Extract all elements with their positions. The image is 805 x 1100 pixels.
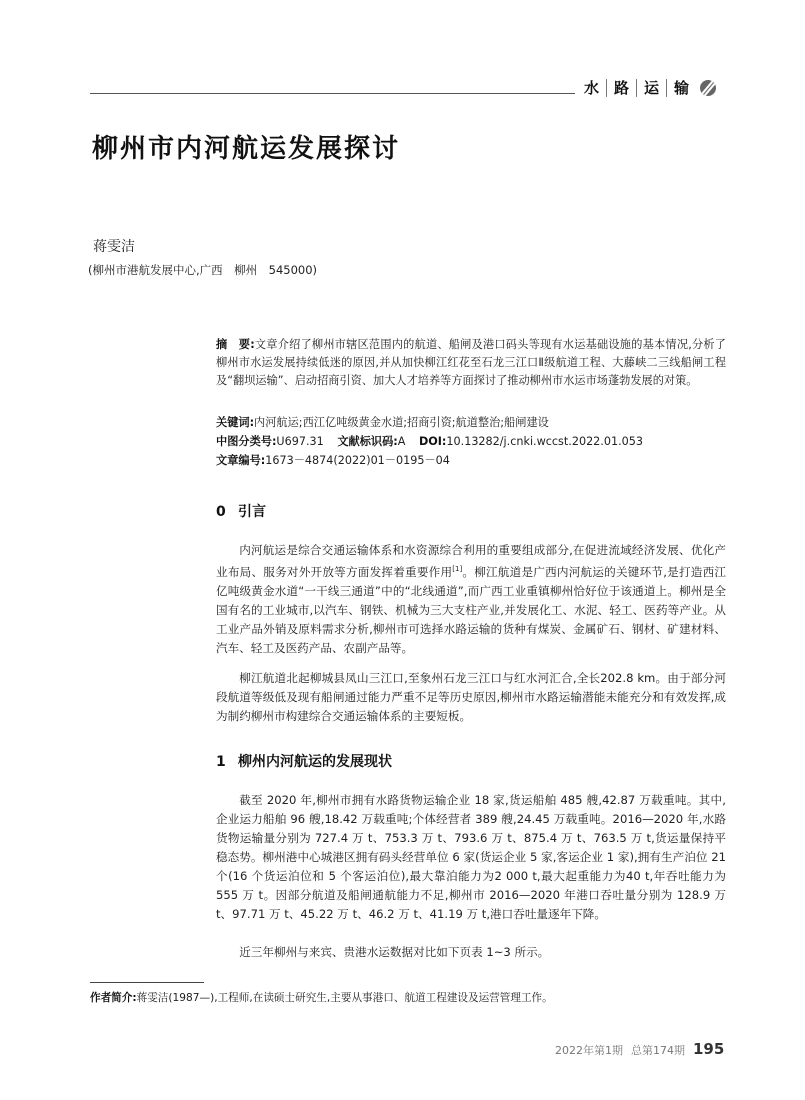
keywords-line: 关键词:内河航运;西江亿吨级黄金水道;招商引资;航道整治;船闸建设	[216, 414, 549, 430]
keywords-label: 关键词:	[216, 416, 254, 429]
keywords-text: 内河航运;西江亿吨级黄金水道;招商引资;航道整治;船闸建设	[254, 416, 549, 429]
header-rule	[90, 93, 575, 94]
journal-logo-icon	[700, 80, 716, 96]
section-char: 输	[667, 79, 696, 97]
footnote-text: 蒋雯洁(1987—),工程师,在读硕士研究生,主要从事港口、航道工程建设及运营管…	[137, 992, 553, 1004]
clc-value: U697.31	[276, 435, 323, 448]
doc-code-value: A	[398, 435, 406, 448]
doi-value: 10.13282/j.cnki.wccst.2022.01.053	[446, 435, 643, 448]
section-title: 引言	[238, 504, 266, 520]
paragraph: 截至 2020 年,柳州市拥有水路货物运输企业 18 家,货运船舶 485 艘,…	[216, 791, 726, 924]
author-affiliation: (柳州市港航发展中心,广西 柳州 545000)	[88, 262, 317, 278]
total-issue-info: 总第174期	[631, 1042, 685, 1058]
abstract-text: 文章介绍了柳州市辖区范围内的航道、船闸及港口码头等现有水运基础设施的基本情况,分…	[216, 338, 726, 387]
article-number-label: 文章编号:	[216, 454, 265, 467]
article-number-value: 1673－4874(2022)01－0195－04	[265, 454, 450, 467]
article-number-line: 文章编号:1673－4874(2022)01－0195－04	[216, 452, 450, 468]
citation-ref: [1]	[452, 565, 462, 573]
clc-label: 中图分类号:	[216, 435, 276, 448]
footnote-label: 作者简介:	[90, 992, 137, 1004]
section-heading: 0引言	[216, 501, 266, 521]
doc-code-label: 文献标识码:	[337, 435, 397, 448]
section-title: 柳州内河航运的发展现状	[238, 754, 392, 770]
issue-info: 2022年第1期	[555, 1042, 623, 1058]
page-number: 195	[693, 1040, 724, 1058]
section-heading: 1柳州内河航运的发展现状	[216, 751, 392, 771]
section-number: 1	[216, 754, 238, 770]
doi-label: DOI:	[419, 435, 446, 448]
section-char: 路	[607, 79, 636, 97]
section-char: 运	[637, 79, 666, 97]
section-char: 水	[584, 79, 606, 97]
paragraph: 柳江航道北起柳城县凤山三江口,至象州石龙三江口与红水河汇合,全长202.8 km…	[216, 669, 726, 726]
abstract: 摘 要:文章介绍了柳州市辖区范围内的航道、船闸及港口码头等现有水运基础设施的基本…	[216, 336, 726, 390]
paragraph: 内河航运是综合交通运输体系和水资源综合利用的重要组成部分,在促进流域经济发展、优…	[216, 541, 726, 658]
article-title: 柳州市内河航运发展探讨	[92, 128, 400, 165]
paragraph: 近三年柳州与来宾、贵港水运数据对比如下页表 1~3 所示。	[216, 943, 726, 962]
author-bio-footnote: 作者简介:蒋雯洁(1987—),工程师,在读硕士研究生,主要从事港口、航道工程建…	[90, 990, 553, 1005]
author-name: 蒋雯洁	[93, 236, 135, 256]
section-number: 0	[216, 504, 238, 520]
journal-section-tag: 水 路 运 输	[584, 76, 716, 100]
classification-line: 中图分类号:U697.31 文献标识码:A DOI:10.13282/j.cnk…	[216, 433, 643, 449]
page-footer: 2022年第1期 总第174期 195	[555, 1040, 724, 1058]
footnote-rule	[90, 982, 204, 983]
abstract-label: 摘 要:	[216, 338, 255, 351]
